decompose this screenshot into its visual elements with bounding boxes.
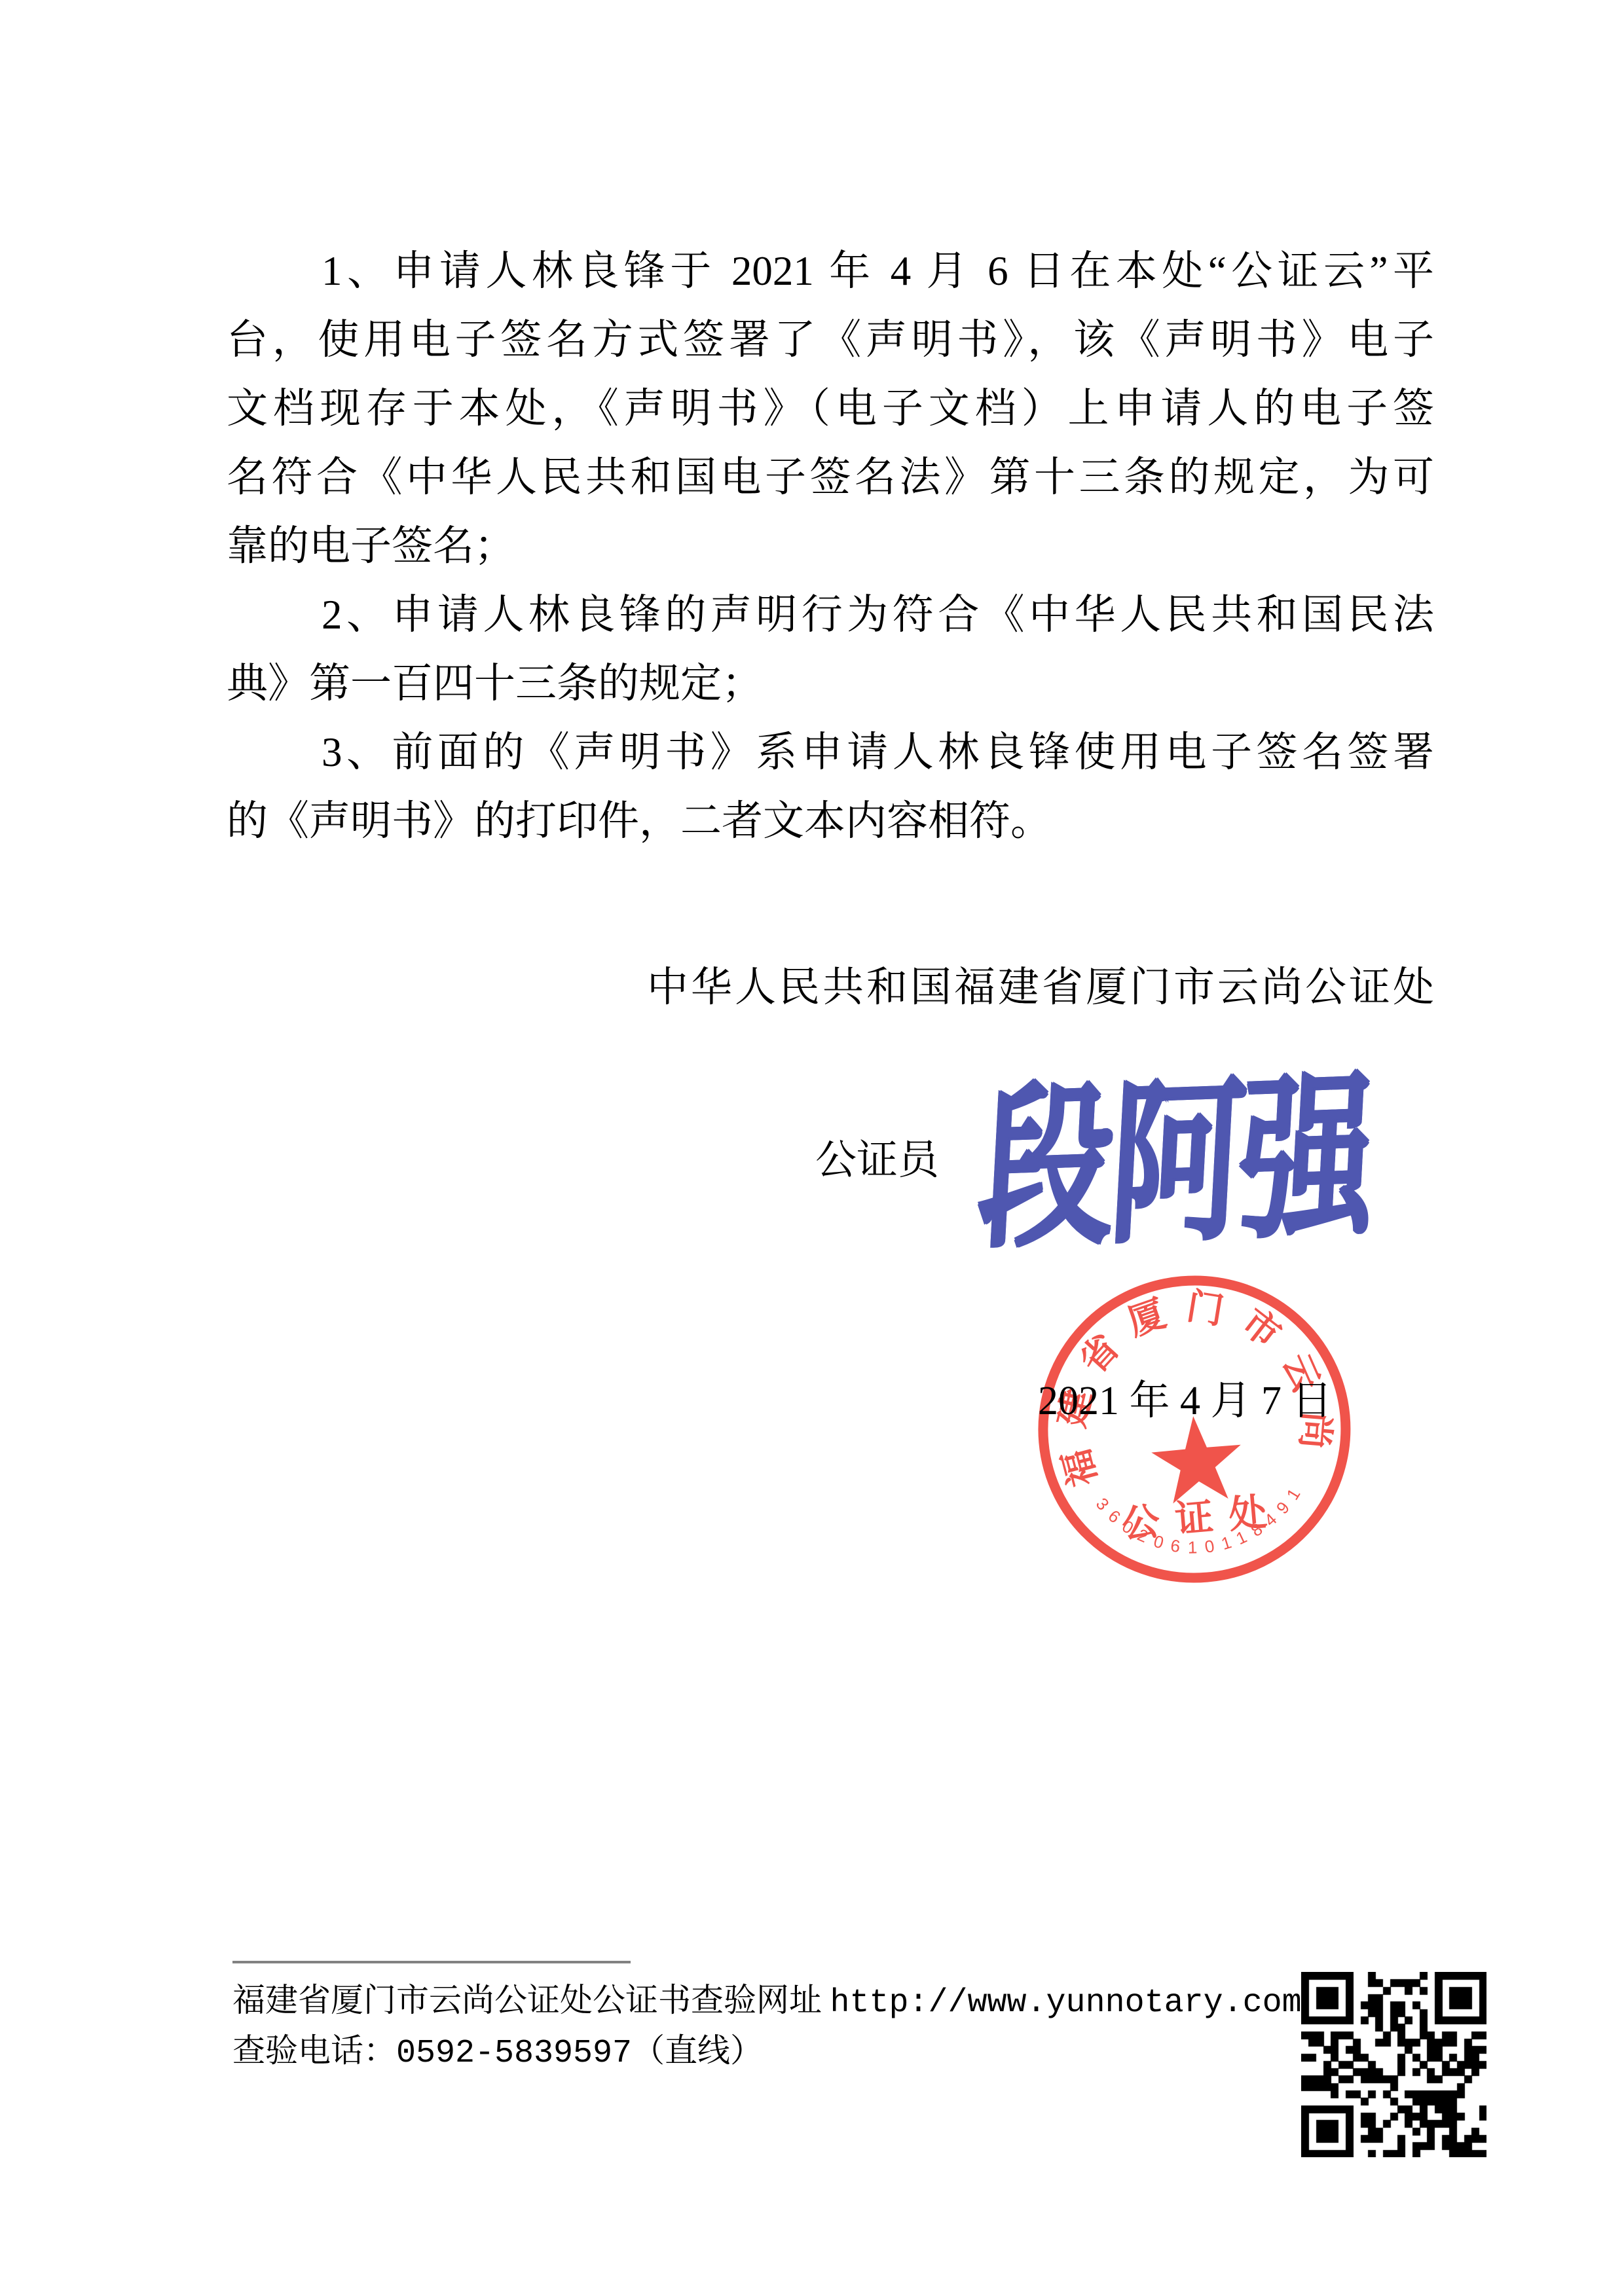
body-line: 靠的电子签名； (227, 512, 1434, 581)
issuing-office-line: 中华人民共和国福建省厦门市云尚公证处 (647, 953, 1437, 1022)
body-line: 文档现存于本处，《声明书》（电子文档）上申请人的电子签 (227, 374, 1434, 443)
footer-verification-phone-line: 查验电话：0592-5839597（直线） (232, 2029, 763, 2075)
notary-handwritten-signature: 段阿强 (974, 1068, 1416, 1258)
verification-url: http://www.yunnotary.com/ (830, 1984, 1321, 2022)
body-line: 2、申请人林良锋的声明行为符合《中华人民共和国民法 (227, 581, 1434, 649)
body-line: 3、前面的《声明书》系申请人林良锋使用电子签名签署 (227, 718, 1434, 787)
qr-code (1301, 1972, 1486, 2157)
body-line: 台，使用电子签名方式签署了《声明书》，该《声明书》电子 (227, 306, 1434, 374)
body-line: 名符合《中华人民共和国电子签名法》第十三条的规定，为可 (227, 443, 1434, 512)
footer-url-label: 福建省厦门市云尚公证处公证书查验网址 (232, 1982, 830, 2018)
body-line: 典》第一百四十三条的规定； (227, 649, 1434, 718)
footer-phone-label: 查验电话： (232, 2032, 396, 2069)
issue-date: 2021 年 4 月 7 日 (1038, 1367, 1333, 1436)
notary-title-label: 公证员 (815, 1126, 939, 1195)
body-line: 的《声明书》的打印件，二者文本内容相符。 (227, 787, 1434, 856)
footer-phone-suffix: （直线） (632, 2032, 763, 2069)
footer-separator-line (232, 1961, 631, 1963)
footer-verification-url-line: 福建省厦门市云尚公证处公证书查验网址 http://www.yunnotary.… (232, 1978, 1321, 2025)
body-line: 1、申请人林良锋于 2021 年 4 月 6 日在本处“公证云”平 (227, 237, 1434, 306)
certificate-body: 1、申请人林良锋于 2021 年 4 月 6 日在本处“公证云”平 台，使用电子… (227, 237, 1434, 856)
notarial-certificate-page: 1、申请人林良锋于 2021 年 4 月 6 日在本处“公证云”平 台，使用电子… (0, 0, 1624, 2296)
verification-phone-number: 0592-5839597 (396, 2035, 632, 2072)
